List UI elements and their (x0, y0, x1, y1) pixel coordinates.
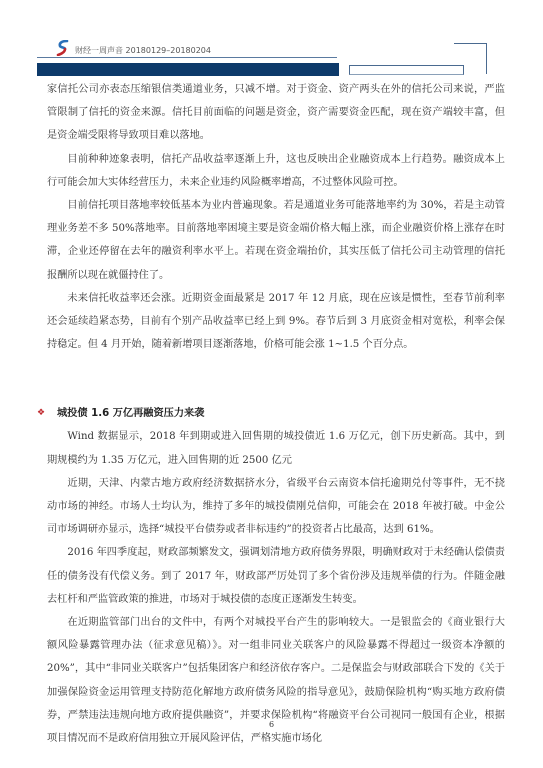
paragraph: 家信托公司亦表态压缩银信类通道业务，只减不增。对于资金、资产两头在外的信托公司来… (47, 78, 505, 148)
document-body: 家信托公司亦表态压缩银信类通道业务，只减不增。对于资金、资产两头在外的信托公司来… (47, 78, 505, 750)
paragraph: 在近期监管部门出台的文件中，有两个对城投平台产生的影响较大。一是银监会的《商业银… (47, 611, 505, 750)
page-header: 财经一周声音 20180129–20180204 (0, 0, 543, 80)
paragraph: 目前信托项目落地率较低基本为业内普遍现象。若是通道业务可能落地率约为 30%，若… (47, 194, 505, 287)
header-rule (37, 57, 337, 58)
section-spacer (47, 356, 505, 402)
section-heading: ❖ 城投债 1.6 万亿再融资压力来袭 (47, 402, 505, 425)
paragraph: 目前种种迹象表明，信托产品收益率逐渐上升，这也反映出企业融资成本上行趋势。融资成… (47, 148, 505, 194)
paragraph: Wind 数据显示，2018 年到期或进入回售期的城投债近 1.6 万亿元，创下… (47, 425, 505, 471)
paragraph: 2016 年四季度起，财政部频繁发文，强调划清地方政府债务界限，明确财政对于未经… (47, 541, 505, 611)
brand-s-logo-icon (56, 40, 70, 56)
diamond-bullet-icon: ❖ (34, 402, 48, 425)
header-title: 财经一周声音 20180129–20180204 (75, 45, 211, 56)
section-title: 城投债 1.6 万亿再融资压力来袭 (57, 402, 204, 425)
paragraph: 未来信托收益率还会涨。近期资金面最紧是 2017 年 12 月底，现在应该是惯性… (47, 287, 505, 357)
header-decoration-box (349, 65, 464, 75)
paragraph: 近期，天津、内蒙古地方政府经济数据挤水分，省级平台云南资本信托逾期兑付等事件，无… (47, 472, 505, 542)
header-bar (37, 63, 339, 76)
page-number: 6 (0, 720, 543, 729)
